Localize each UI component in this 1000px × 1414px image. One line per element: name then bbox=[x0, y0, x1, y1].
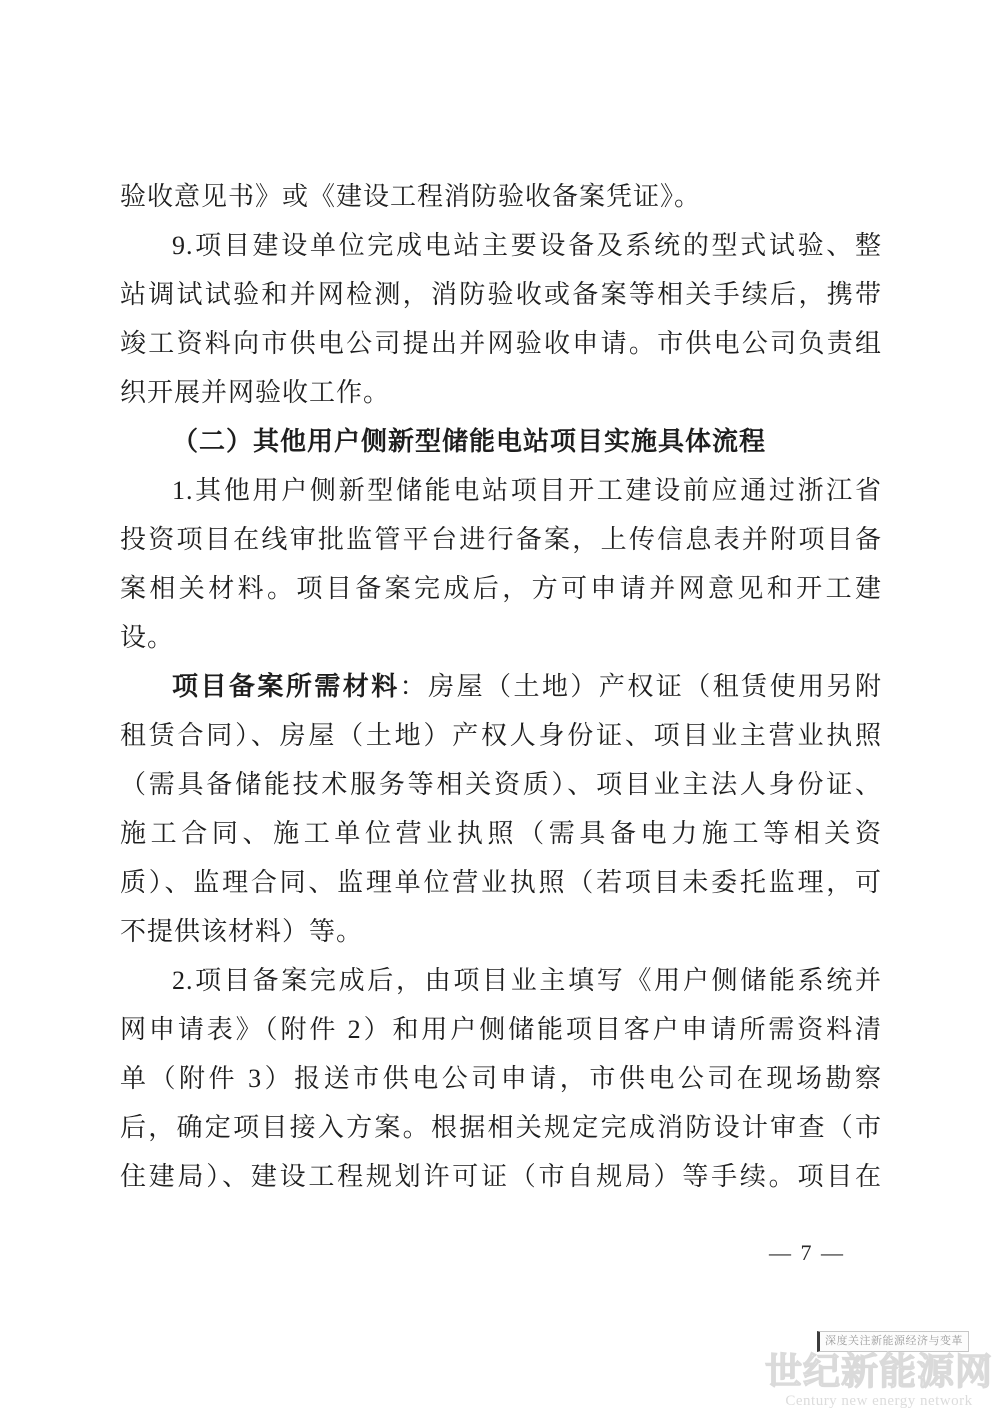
text-segment: ：房屋（土地）产权证（租赁使用另附 bbox=[400, 672, 882, 701]
text-segment: 2.项目备案完成后，由项目业主填写《用户侧储能系统并 bbox=[172, 966, 882, 995]
text-segment: （二）其他用户侧新型储能电站项目实施具体流程 bbox=[172, 427, 766, 456]
text-segment: 案相关材料。项目备案完成后，方可申请并网意见和开工建 bbox=[120, 574, 882, 603]
text-line: 案相关材料。项目备案完成后，方可申请并网意见和开工建 bbox=[120, 564, 882, 613]
document-page: 验收意见书》或《建设工程消防验收备案凭证》。9.项目建设单位完成电站主要设备及系… bbox=[0, 0, 1000, 1414]
text-segment: 施工合同、施工单位营业执照（需具备电力施工等相关资 bbox=[120, 819, 882, 848]
text-line: 验收意见书》或《建设工程消防验收备案凭证》。 bbox=[120, 172, 882, 221]
text-line: 后，确定项目接入方案。根据相关规定完成消防设计审查（市 bbox=[120, 1103, 882, 1152]
text-line: 站调试试验和并网检测，消防验收或备案等相关手续后，携带 bbox=[120, 270, 882, 319]
text-segment: 投资项目在线审批监管平台进行备案，上传信息表并附项目备 bbox=[120, 525, 882, 554]
watermark-brand-cn: 世纪新能源网 bbox=[760, 1350, 998, 1394]
text-line: 网申请表》（附件 2）和用户侧储能项目客户申请所需资料清 bbox=[120, 1005, 882, 1054]
text-segment: 网申请表》（附件 2）和用户侧储能项目客户申请所需资料清 bbox=[120, 1015, 882, 1044]
text-line: 设。 bbox=[120, 613, 882, 662]
text-segment: 设。 bbox=[120, 623, 174, 652]
document-body: 验收意见书》或《建设工程消防验收备案凭证》。9.项目建设单位完成电站主要设备及系… bbox=[120, 172, 882, 1201]
text-line: 竣工资料向市供电公司提出并网验收申请。市供电公司负责组 bbox=[120, 319, 882, 368]
text-line: 9.项目建设单位完成电站主要设备及系统的型式试验、整 bbox=[120, 221, 882, 270]
text-line: 1.其他用户侧新型储能电站项目开工建设前应通过浙江省 bbox=[120, 466, 882, 515]
text-segment: 1.其他用户侧新型储能电站项目开工建设前应通过浙江省 bbox=[172, 476, 882, 505]
text-line: （二）其他用户侧新型储能电站项目实施具体流程 bbox=[120, 417, 882, 466]
watermark-brand-en: Century new energy network bbox=[760, 1392, 998, 1410]
text-segment: 质）、监理合同、监理单位营业执照（若项目未委托监理，可 bbox=[120, 868, 882, 897]
text-segment: 后，确定项目接入方案。根据相关规定完成消防设计审查（市 bbox=[120, 1113, 882, 1142]
text-segment: 单（附件 3）报送市供电公司申请，市供电公司在现场勘察 bbox=[120, 1064, 882, 1093]
text-segment: 织开展并网验收工作。 bbox=[120, 378, 390, 407]
text-line: 质）、监理合同、监理单位营业执照（若项目未委托监理，可 bbox=[120, 858, 882, 907]
text-segment: 站调试试验和并网检测，消防验收或备案等相关手续后，携带 bbox=[120, 280, 882, 309]
text-line: 施工合同、施工单位营业执照（需具备电力施工等相关资 bbox=[120, 809, 882, 858]
text-segment: 项目备案所需材料 bbox=[172, 672, 400, 701]
text-line: 2.项目备案完成后，由项目业主填写《用户侧储能系统并 bbox=[120, 956, 882, 1005]
watermark-badge: 深度关注新能源经济与变革 bbox=[817, 1331, 969, 1352]
text-segment: 验收意见书》或《建设工程消防验收备案凭证》。 bbox=[120, 182, 701, 211]
text-segment: 竣工资料向市供电公司提出并网验收申请。市供电公司负责组 bbox=[120, 329, 882, 358]
text-line: 租赁合同）、房屋（土地）产权人身份证、项目业主营业执照 bbox=[120, 711, 882, 760]
text-segment: （需具备储能技术服务等相关资质）、项目业主法人身份证、 bbox=[120, 770, 882, 799]
text-segment: 不提供该材料）等。 bbox=[120, 917, 363, 946]
text-line: 住建局）、建设工程规划许可证（市自规局）等手续。项目在 bbox=[120, 1152, 882, 1201]
text-line: 投资项目在线审批监管平台进行备案，上传信息表并附项目备 bbox=[120, 515, 882, 564]
text-line: 单（附件 3）报送市供电公司申请，市供电公司在现场勘察 bbox=[120, 1054, 882, 1103]
text-line: 项目备案所需材料：房屋（土地）产权证（租赁使用另附 bbox=[120, 662, 882, 711]
text-line: （需具备储能技术服务等相关资质）、项目业主法人身份证、 bbox=[120, 760, 882, 809]
text-line: 不提供该材料）等。 bbox=[120, 907, 882, 956]
text-line: 织开展并网验收工作。 bbox=[120, 368, 882, 417]
page-number: — 7 — bbox=[0, 1240, 845, 1266]
text-segment: 租赁合同）、房屋（土地）产权人身份证、项目业主营业执照 bbox=[120, 721, 882, 750]
text-segment: 9.项目建设单位完成电站主要设备及系统的型式试验、整 bbox=[172, 231, 882, 260]
text-segment: 住建局）、建设工程规划许可证（市自规局）等手续。项目在 bbox=[120, 1162, 882, 1191]
